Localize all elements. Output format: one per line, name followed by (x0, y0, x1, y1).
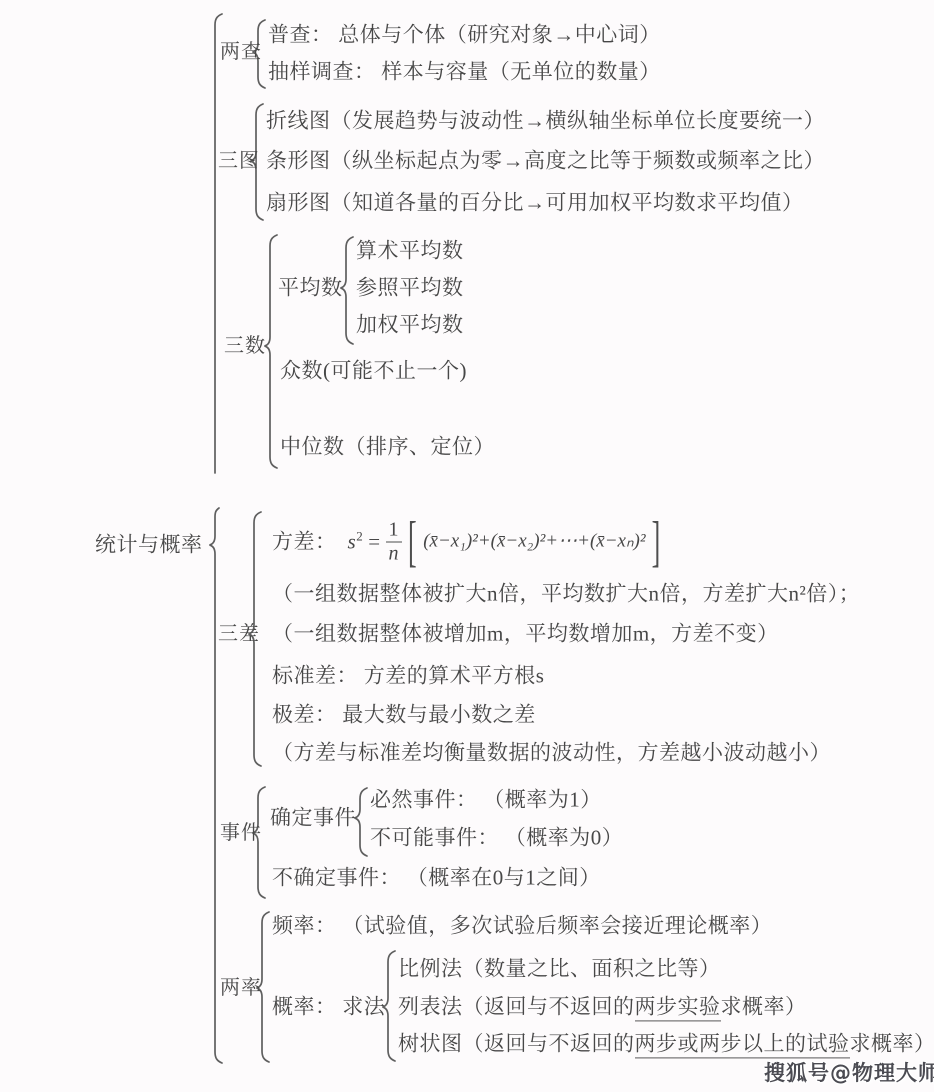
item-chouyang-diaocha: 抽样调查： 样本与容量（无单位的数量） (268, 59, 661, 84)
item-liebiaofa: 列表法（返回与不返回的两步实验求概率） (398, 994, 807, 1019)
branch-label-shijian: 事件 (220, 821, 262, 845)
concept-map-statistics-probability: 统计与概率 两查 普查： 总体与个体（研究对象→中心词） 抽样调查： 样本与容量… (0, 0, 934, 1092)
variance-exponent: 2 (356, 529, 363, 544)
shuzhuangtu-pre: 树状图（返回与不返回的 (398, 1031, 635, 1055)
variance-sum-body: (x̄−x₁)²+(x̄−x₂)²+⋯+(x̄−xₙ)² (423, 531, 645, 554)
liebiaofa-pre: 列表法（返回与不返回的 (398, 994, 635, 1018)
item-bukeneng-shijian: 不可能事件： （概率为0） (370, 825, 623, 850)
brace-queding (355, 788, 368, 856)
item-bilifa: 比例法（数量之比、面积之比等） (398, 956, 721, 981)
branch-label-sancha: 三差 (218, 622, 260, 646)
branch-label-lianglv: 两率 (220, 976, 262, 1000)
shuzhuangtu-underlined: 两步或两步以上的试验 (635, 1031, 850, 1058)
sohu-watermark: 搜狐号@物理大师 (764, 1057, 934, 1087)
fraction-numerator: 1 (386, 520, 403, 543)
branch-label-liangzha: 两查 (220, 40, 262, 64)
variance-lhs: s2 (348, 529, 364, 555)
item-zhongshu: 众数(可能不止一个) (280, 358, 467, 383)
item-pucha: 普查： 总体与个体（研究对象→中心词） (268, 22, 661, 47)
item-jiaquan-pingjunshu: 加权平均数 (356, 312, 464, 337)
item-zhexiantu: 折线图（发展趋势与波动性→横纵轴坐标单位长度要统一） (266, 108, 825, 133)
fraction-denominator: n (389, 543, 400, 565)
item-biaozhuncha: 标准差： 方差的算术平方根s (272, 663, 544, 688)
item-shanxingtu: 扇形图（知道各量的百分比→可用加权平均数求平均值） (266, 190, 804, 215)
fraction-one-over-n: 1 n (386, 520, 403, 565)
right-bracket: ] (651, 508, 662, 575)
item-canzhao-pingjunshu: 参照平均数 (356, 275, 464, 300)
liebiaofa-post: 求概率） (721, 994, 807, 1018)
shuzhuangtu-post: 求概率） (850, 1031, 934, 1055)
item-gailv-qiufa-label: 概率： 求法 (272, 994, 385, 1019)
left-bracket: [ (407, 508, 418, 575)
root-brace-upper (215, 14, 222, 473)
equals-sign: = (368, 529, 380, 554)
item-biran-shijian: 必然事件： （概率为1） (370, 787, 602, 812)
item-buqueding-shijian: 不确定事件： （概率在0与1之间） (272, 865, 601, 890)
item-pingjunshu-label: 平均数 (278, 275, 343, 300)
liebiaofa-underlined: 两步实验 (635, 994, 721, 1021)
note-wave: （方差与标准差均衡量数据的波动性，方差越小波动越小） (272, 740, 831, 765)
item-zhongweishu: 中位数（排序、定位） (280, 434, 495, 459)
branch-label-sanshu: 三数 (224, 334, 266, 358)
item-jicha: 极差： 最大数与最小数之差 (272, 702, 536, 727)
item-tiaoxingtu: 条形图（纵坐标起点为零→高度之比等于频数或频率之比） (266, 148, 825, 173)
item-pinlv: 频率： （试验值，多次试验后频率会接近理论概率） (272, 913, 772, 938)
note-scale-n-times: （一组数据整体被扩大n倍，平均数扩大n倍，方差扩大n²倍）； (272, 581, 860, 606)
branch-label-santu: 三图 (218, 149, 260, 173)
item-suanshu-pingjunshu: 算术平均数 (356, 238, 464, 263)
note-shift-m: （一组数据整体被增加m，平均数增加m，方差不变） (272, 621, 779, 646)
item-shuzhuangtu: 树状图（返回与不返回的两步或两步以上的试验求概率） (398, 1031, 934, 1056)
root-label: 统计与概率 (95, 532, 203, 557)
item-queding-shijian-label: 确定事件 (270, 805, 356, 830)
brace-sanshu (265, 235, 278, 468)
variance-formula: 方差： s2 = 1 n [ (x̄−x₁)²+(x̄−x₂)²+⋯+(x̄−x… (272, 520, 662, 565)
variance-label: 方差： (272, 529, 337, 554)
